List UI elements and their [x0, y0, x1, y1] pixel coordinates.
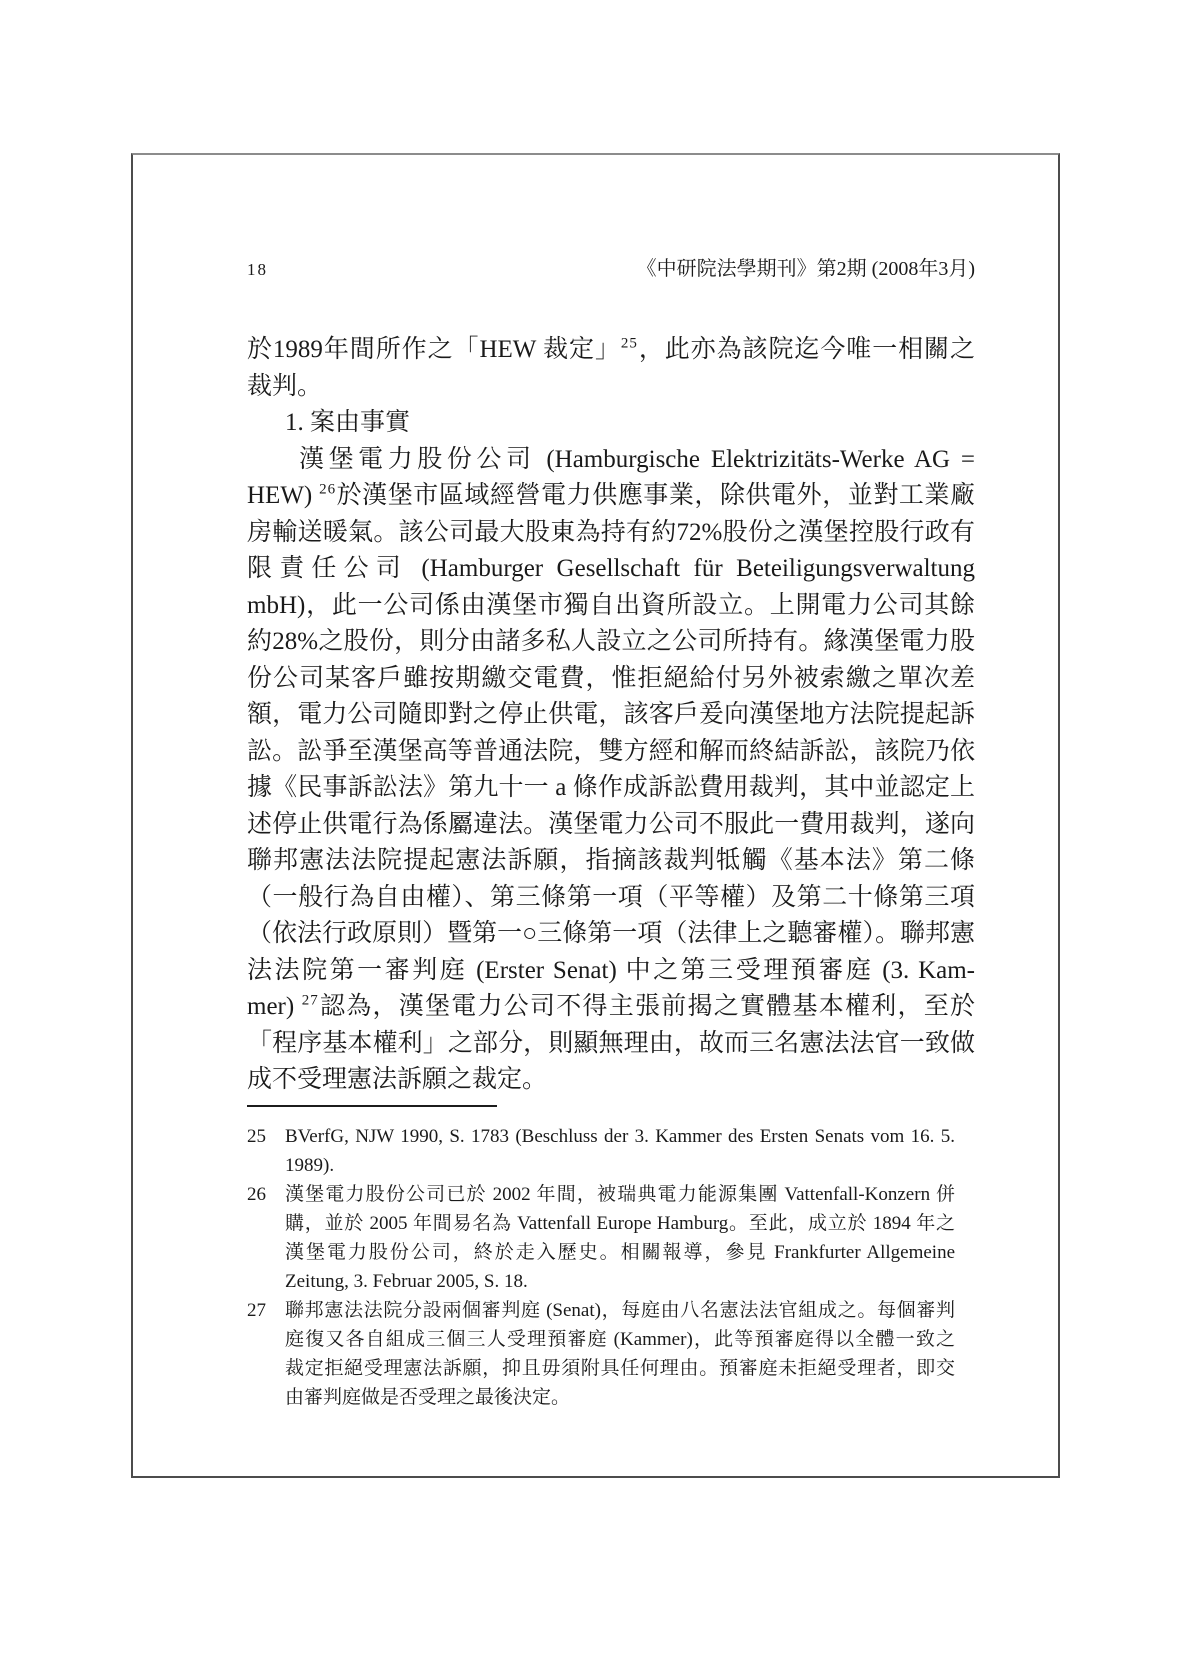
- footnote-number: 26: [247, 1180, 266, 1209]
- body-line: （一般行為自由權）、第三條第一項（平等權）及第二十條第三項: [247, 880, 975, 917]
- footnote-line: 庭復又各自組成三個三人受理預審庭 (Kammer)，此等預審庭得以全體一致之: [285, 1325, 955, 1354]
- body-line: 於1989年間所作之「HEW 裁定」25，此亦為該院迄今唯一相關之: [247, 332, 975, 369]
- body-line: 額，電力公司隨即對之停止供電，該客戶爰向漢堡地方法院提起訴: [247, 697, 975, 734]
- footnote-line: 購，並於 2005 年間易名為 Vattenfall Europe Hambur…: [285, 1209, 955, 1238]
- body-line: 房輸送暖氣。該公司最大股東為持有約72%股份之漢堡控股行政有: [247, 515, 975, 552]
- footnote-line: Zeitung, 3. Februar 2005, S. 18.: [285, 1267, 955, 1296]
- page-header: 18 《中研院法學期刊》第2期 (2008年3月): [247, 252, 975, 281]
- body-line: 「程序基本權利」之部分，則顯無理由，故而三名憲法法官一致做: [247, 1026, 975, 1063]
- body-line: 述停止供電行為係屬違法。漢堡電力公司不服此一費用裁判，遂向: [247, 807, 975, 844]
- body-line: 聯邦憲法法院提起憲法訴願，指摘該裁判牴觸《基本法》第二條: [247, 843, 975, 880]
- footnote-line: 1989).: [285, 1151, 955, 1180]
- body-line: mbH)，此一公司係由漢堡市獨自出資所設立。上開電力公司其餘: [247, 588, 975, 625]
- footnote-number: 27: [247, 1296, 266, 1325]
- journal-title: 《中研院法學期刊》第2期 (2008年3月): [637, 252, 975, 281]
- footnotes: 25BVerfG, NJW 1990, S. 1783 (Beschluss d…: [247, 1122, 955, 1412]
- footnote-line: 漢堡電力股份公司已於 2002 年間，被瑞典電力能源集團 Vattenfall-…: [285, 1180, 955, 1209]
- page-frame: 18 《中研院法學期刊》第2期 (2008年3月) 於1989年間所作之「HEW…: [131, 153, 1060, 1478]
- footnote-ref: 25: [621, 336, 638, 352]
- body-line: 約28%之股份，則分由諸多私人設立之公司所持有。緣漢堡電力股: [247, 624, 975, 661]
- footnote-separator: [247, 1105, 497, 1107]
- footnote: 26漢堡電力股份公司已於 2002 年間，被瑞典電力能源集團 Vattenfal…: [247, 1180, 955, 1296]
- body-line: 訟。訟爭至漢堡高等普通法院，雙方經和解而終結訴訟，該院乃依: [247, 734, 975, 771]
- page: 18 《中研院法學期刊》第2期 (2008年3月) 於1989年間所作之「HEW…: [0, 0, 1177, 1664]
- footnote-line: BVerfG, NJW 1990, S. 1783 (Beschluss der…: [285, 1122, 955, 1151]
- body-line: 成不受理憲法訴願之裁定。: [247, 1062, 975, 1099]
- body-line: 份公司某客戶雖按期繳交電費，惟拒絕給付另外被索繳之單次差: [247, 661, 975, 698]
- footnote: 25BVerfG, NJW 1990, S. 1783 (Beschluss d…: [247, 1122, 955, 1180]
- footnote-line: 聯邦憲法法院分設兩個審判庭 (Senat)，每庭由八名憲法法官組成之。每個審判: [285, 1296, 955, 1325]
- page-number: 18: [247, 260, 268, 280]
- body-line: 法法院第一審判庭 (Erster Senat) 中之第三受理預審庭 (3. Ka…: [247, 953, 975, 990]
- body-line: 據《民事訴訟法》第九十一 a 條作成訴訟費用裁判，其中並認定上: [247, 770, 975, 807]
- body-line: （依法行政原則）暨第一○三條第一項（法律上之聽審權）。聯邦憲: [247, 916, 975, 953]
- body-line: 漢堡電力股份公司 (Hamburgische Elektrizitäts-Wer…: [247, 442, 975, 479]
- footnote-ref: 27: [302, 993, 319, 1009]
- footnote-line: 漢堡電力股份公司，終於走入歷史。相關報導，參見 Frankfurter Allg…: [285, 1238, 955, 1267]
- footnote-number: 25: [247, 1122, 266, 1151]
- body-line: 限責任公司 (Hamburger Gesellschaft für Beteil…: [247, 551, 975, 588]
- body-line: mer) 27認為，漢堡電力公司不得主張前揭之實體基本權利，至於: [247, 989, 975, 1026]
- section-heading: 1. 案由事實: [247, 405, 975, 442]
- footnote: 27聯邦憲法法院分設兩個審判庭 (Senat)，每庭由八名憲法法官組成之。每個審…: [247, 1296, 955, 1412]
- footnote-ref: 26: [319, 482, 336, 498]
- body-line: HEW) 26於漢堡市區域經營電力供應事業，除供電外，並對工業廠: [247, 478, 975, 515]
- body-line: 裁判。: [247, 369, 975, 406]
- footnote-line: 由審判庭做是否受理之最後決定。: [285, 1383, 955, 1412]
- body-text: 於1989年間所作之「HEW 裁定」25，此亦為該院迄今唯一相關之裁判。1. 案…: [247, 332, 975, 1099]
- footnote-line: 裁定拒絕受理憲法訴願，抑且毋須附具任何理由。預審庭未拒絕受理者，即交: [285, 1354, 955, 1383]
